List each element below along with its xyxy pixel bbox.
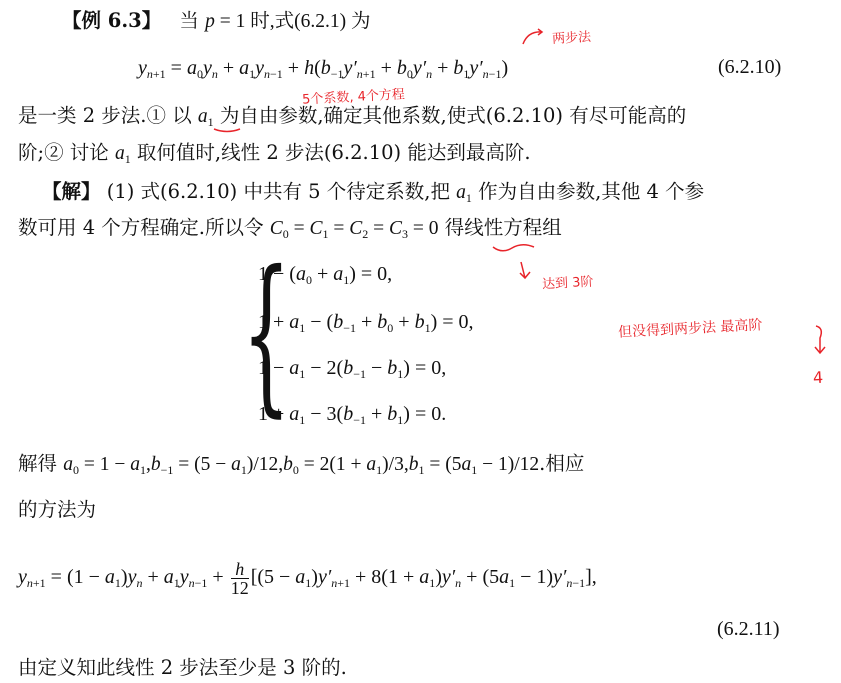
text: 作为自由参数,其他 4 个参 — [472, 180, 704, 203]
text: 数可用 4 个方程确定.所以令 — [18, 216, 270, 239]
intro-text-tail: = 1 时,式(6.2.1) 为 — [215, 11, 371, 32]
variable-a1: a1 — [115, 143, 131, 164]
equation-number-6-2-10: (6.2.10) — [718, 56, 781, 79]
text: 得线性方程组 — [439, 216, 562, 239]
method-intro: 的方法为 — [18, 498, 96, 522]
example-label: 【例 6.3】 — [62, 9, 161, 32]
conclusion: 由定义知此线性 2 步法至少是 3 阶的. — [18, 656, 347, 680]
solution-line-1: 【解】 (1) 式(6.2.10) 中共有 5 个待定系数,把 a1 作为自由参… — [42, 180, 704, 205]
variable-p: p — [205, 11, 215, 32]
annotation-two-step: 两步法 — [552, 26, 592, 47]
text: (1) 式(6.2.10) 中共有 5 个待定系数,把 — [101, 180, 457, 203]
annotation-highest-order-note: 但没得到两步法 最高阶 — [618, 314, 763, 342]
equation-6-2-11: yn+1 = (1 − a1)yn + a1yn−1 + h12[(5 − a1… — [18, 560, 597, 597]
arrow-icon — [520, 26, 550, 48]
text: 为自由参数,确定其他系数,使式(6.2.10) 有尽可能高的 — [214, 104, 687, 127]
underline-a1 — [212, 126, 242, 136]
system-eq-1: 1 − (a0 + a1) = 0, — [258, 262, 392, 286]
coefficient-solutions: a0 = 1 − a1,b−1 = (5 − a1)/12,b0 = 2(1 +… — [63, 454, 539, 475]
text: .相应 — [539, 452, 584, 475]
equation-number-6-2-11: (6.2.11) — [717, 618, 780, 641]
system-eq-3: 1 − a1 − 2(b−1 − b1) = 0, — [258, 356, 446, 380]
problem-line-2: 阶;② 讨论 a1 取何值时,线性 2 步法(6.2.10) 能达到最高阶. — [18, 141, 531, 166]
variable-a1: a1 — [198, 106, 214, 127]
equation-6-2-10: yn+1 = a0yn + a1yn−1 + h(b−1y′n+1 + b0y′… — [138, 56, 508, 80]
arrow-down-icon — [810, 322, 834, 358]
text: 取何值时,线性 2 步法(6.2.10) 能达到最高阶. — [131, 141, 531, 164]
text: 阶;② 讨论 — [18, 141, 115, 164]
problem-line-1: 是一类 2 步法.① 以 a1 为自由参数,确定其他系数,使式(6.2.10) … — [18, 104, 686, 129]
solution-label: 【解】 — [42, 180, 101, 203]
annotation-reach-order: 达到 3阶 — [542, 271, 594, 293]
annotation-highest-order-value: 4 — [813, 368, 824, 388]
system-eq-4: 1 + a1 − 3(b−1 + b1) = 0. — [258, 402, 446, 426]
text: 解得 — [18, 452, 63, 475]
variable-a1: a1 — [456, 182, 472, 203]
conditions: C0 = C1 = C2 = C3 = 0 — [270, 218, 439, 239]
system-eq-2: 1 + a1 − (b−1 + b0 + b1) = 0, — [258, 310, 474, 334]
fraction-h-over-12: h12 — [231, 560, 249, 597]
text: 是一类 2 步法.① 以 — [18, 104, 198, 127]
intro-text: 当 — [179, 9, 199, 32]
result-line: 解得 a0 = 1 − a1,b−1 = (5 − a1)/12,b0 = 2(… — [18, 452, 584, 477]
denominator: 12 — [231, 579, 249, 597]
example-heading: 【例 6.3】 当 p = 1 时,式(6.2.1) 为 — [62, 9, 371, 34]
numerator: h — [231, 560, 249, 579]
